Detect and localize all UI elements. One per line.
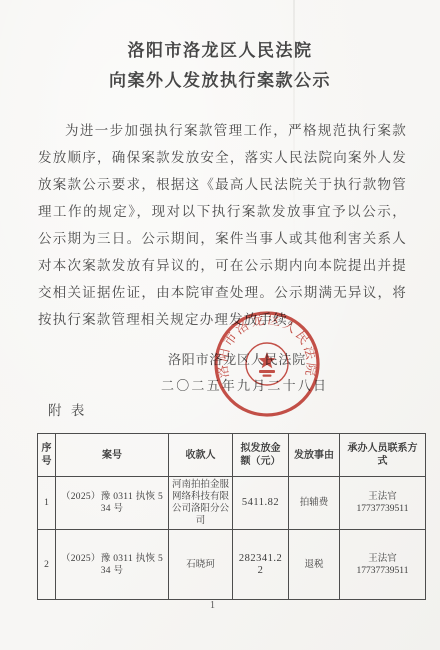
cell-index: 2 [38, 530, 56, 600]
attachment-table-label: 附 表 [48, 399, 87, 419]
col-header-index: 序号 [38, 434, 56, 477]
cell-reason: 退税 [289, 530, 340, 600]
signature-court-name: 洛阳市洛龙区人民法院 [168, 349, 306, 368]
table-row: 1 （2025）豫 0311 执恢 534 号 河南拍拍金服网络科技有限公司洛阳… [38, 477, 426, 530]
cell-case-number: （2025）豫 0311 执恢 534 号 [56, 477, 169, 530]
title-line-subject: 向案外人发放执行案款公示 [0, 66, 440, 96]
cell-case-number: （2025）豫 0311 执恢 534 号 [56, 530, 169, 600]
seal-emblem-base [259, 370, 275, 373]
contact-officer: 王法官 [343, 553, 422, 565]
document-title: 洛阳市洛龙区人民法院 向案外人发放执行案款公示 [0, 36, 440, 96]
col-header-case-number: 案号 [56, 434, 169, 477]
scanned-notice-page: 洛阳市洛龙区人民法院 向案外人发放执行案款公示 为进一步加强执行案款管理工作，严… [0, 0, 440, 650]
signature-date: 二〇二五年九月二十八日 [161, 375, 328, 394]
col-header-amount: 拟发放金额（元） [233, 434, 289, 477]
col-header-reason: 发放事由 [289, 434, 340, 477]
cell-amount: 5411.82 [233, 477, 289, 530]
col-header-contact: 承办人员联系方式 [340, 434, 426, 477]
cell-index: 1 [38, 477, 56, 530]
contact-phone: 17737739511 [343, 565, 422, 577]
cell-payee: 石晓珂 [169, 530, 233, 600]
contact-phone: 17737739511 [343, 503, 422, 515]
cell-payee: 河南拍拍金服网络科技有限公司洛阳分公司 [169, 477, 233, 530]
cell-contact: 王法官 17737739511 [340, 477, 426, 530]
table-row: 2 （2025）豫 0311 执恢 534 号 石晓珂 282341.22 退税… [38, 530, 426, 600]
cell-reason: 拍辅费 [289, 477, 340, 530]
cell-contact: 王法官 17737739511 [340, 530, 426, 600]
notice-body-paragraph: 为进一步加强执行案款管理工作，严格规范执行案款发放顺序，确保案款发放安全，落实人… [38, 117, 407, 333]
cell-amount: 282341.22 [233, 530, 289, 600]
title-line-court: 洛阳市洛龙区人民法院 [0, 36, 440, 66]
col-header-payee: 收款人 [169, 434, 233, 477]
table-header-row: 序号 案号 收款人 拟发放金额（元） 发放事由 承办人员联系方式 [38, 434, 426, 477]
page-number: 1 [0, 600, 425, 611]
payout-table: 序号 案号 收款人 拟发放金额（元） 发放事由 承办人员联系方式 1 （2025… [37, 433, 426, 600]
contact-officer: 王法官 [343, 491, 422, 503]
